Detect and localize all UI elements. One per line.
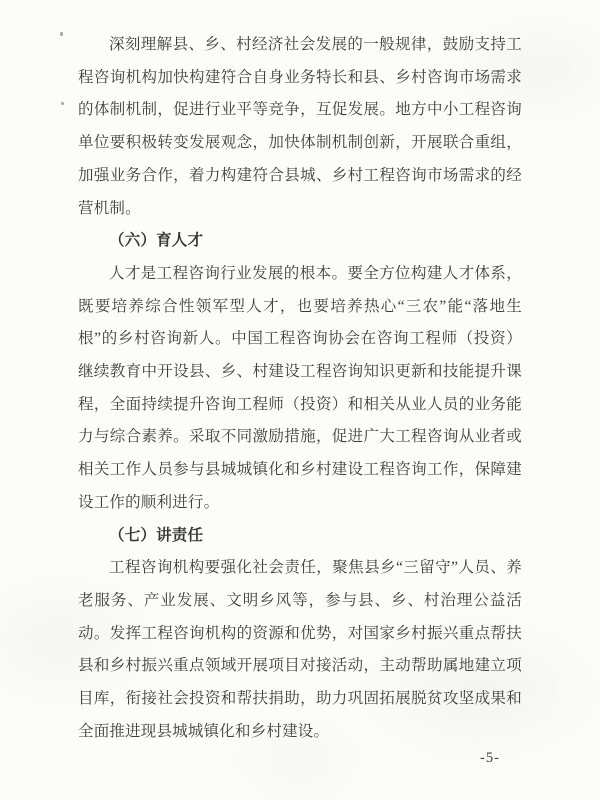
body-paragraph: 深刻理解县、乡、村经济社会发展的一般规律，鼓励支持工程咨询机构加快构建符合自身业… (78, 29, 522, 225)
scan-speckle (60, 32, 63, 36)
document-text-block: 深刻理解县、乡、村经济社会发展的一般规律，鼓励支持工程咨询机构加快构建符合自身业… (78, 29, 522, 748)
scan-speckle (61, 102, 64, 105)
section-heading: （七）讲责任 (78, 520, 522, 553)
scanned-document-page: 深刻理解县、乡、村经济社会发展的一般规律，鼓励支持工程咨询机构加快构建符合自身业… (0, 0, 600, 800)
section-heading: （六）育人才 (78, 225, 522, 258)
body-paragraph: 人才是工程咨询行业发展的根本。要全方位构建人才体系，既要培养综合性领军型人才，也… (78, 258, 522, 520)
page-number: -5- (455, 748, 525, 768)
body-paragraph: 工程咨询机构要强化社会责任，聚焦县乡“三留守”人员、养老服务、产业发展、文明乡风… (78, 552, 522, 748)
